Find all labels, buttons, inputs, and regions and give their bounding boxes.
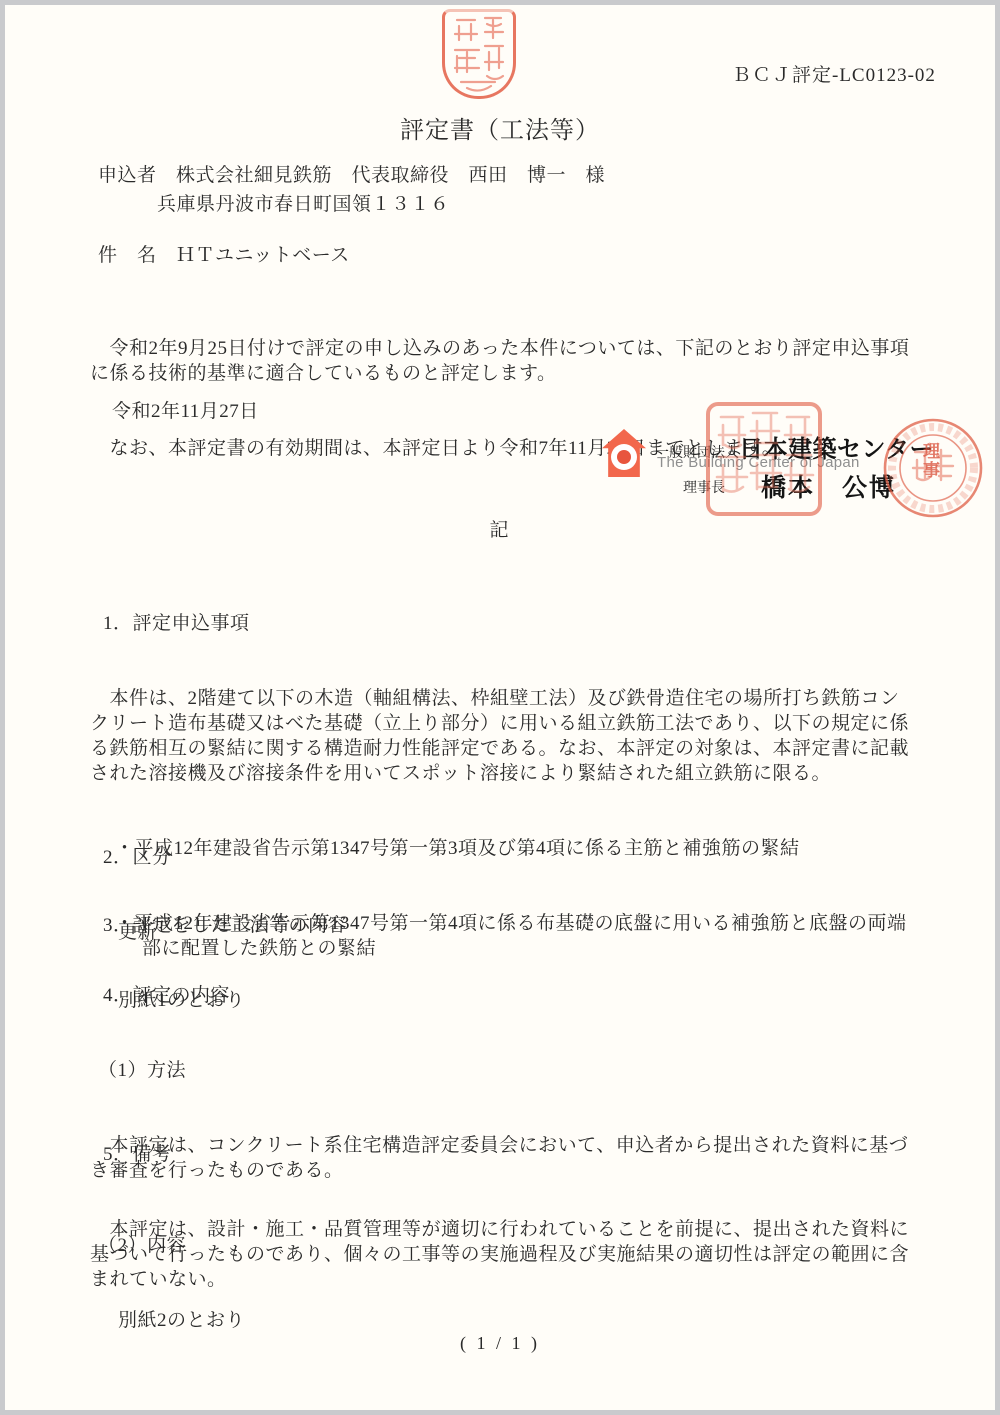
intro-paragraph-1: 令和2年9月25日付けで評定の申し込みのあった本件については、下記のとおり評定申… (90, 336, 914, 386)
page-title: 評定書（工法等） (5, 110, 995, 145)
section-5: 5．備考 本評定は、設計・施工・品質管理等が適切に行われていることを前提に、提出… (90, 1092, 914, 1342)
record-mark: 記 (5, 518, 995, 543)
applicant-address: 兵庫県丹波市春日町国領１３１６ (157, 192, 450, 217)
applicant-name-line: 申込者 株式会社細見鉄筋 代表取締役 西田 博一 様 (98, 163, 605, 188)
bcj-logo-icon (602, 429, 646, 477)
document-number: ＢＣＪ評定-LC0123-02 (732, 63, 936, 88)
subject-line: 件 名 ＨＴユニットベース (98, 243, 350, 268)
bcj-logo-dot (617, 450, 631, 464)
top-registry-stamp-icon (442, 9, 516, 99)
section-1-paragraph: 本件は、2階建て以下の木造（軸組構法、枠組壁工法）及び鉄骨造住宅の場所打ち鉄筋コ… (90, 686, 914, 786)
certificate-page: ＢＣＪ評定-LC0123-02 評定書（工法等） 申込者 株式会社細見鉄筋 代表… (5, 5, 995, 1410)
president-name: 橋本 公博 (761, 474, 896, 502)
section-4-heading: 4．評定の内容 (90, 983, 914, 1008)
page-number: ( 1 / 1 ) (5, 1333, 995, 1354)
section-4-sub1-label: （1）方法 (90, 1058, 914, 1083)
president-title: 理事長 (683, 479, 725, 495)
section-5-text: 本評定は、設計・施工・品質管理等が適切に行われていることを前提に、提出された資料… (90, 1217, 914, 1292)
section-1-heading: 1．評定申込事項 (90, 611, 914, 636)
issue-date: 令和2年11月27日 (112, 399, 259, 424)
president-line: 理事長橋本 公博 (683, 468, 896, 504)
section-5-heading: 5．備考 (90, 1142, 914, 1167)
scanned-document: ＢＣＪ評定-LC0123-02 評定書（工法等） 申込者 株式会社細見鉄筋 代表… (0, 0, 1000, 1415)
